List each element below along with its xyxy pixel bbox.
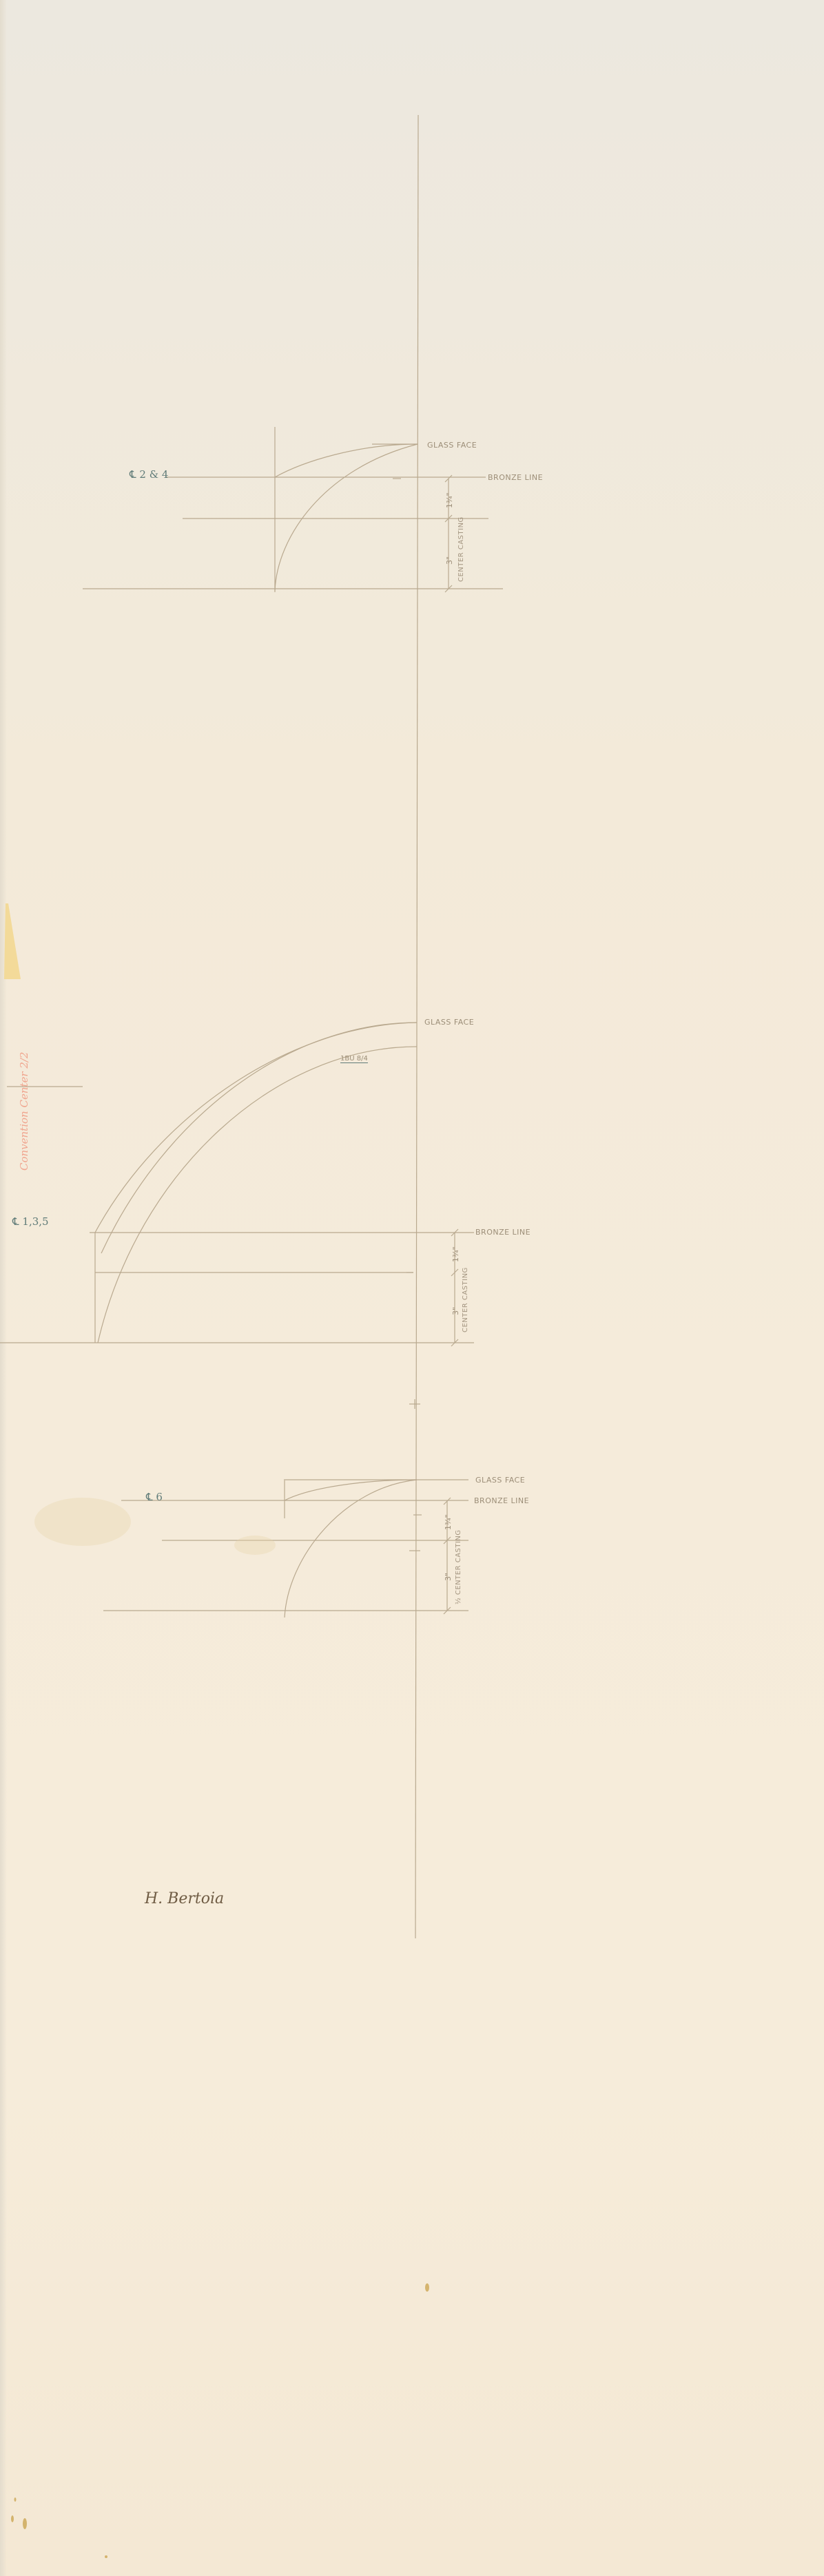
bronze-line-label: BRONZE LINE (488, 473, 543, 482)
glass-face-label: GLASS FACE (475, 1476, 525, 1485)
center-casting-label: CENTER CASTING (457, 516, 465, 582)
dimension-top: 1¾" (451, 1246, 460, 1262)
margin-note: Convention Center 2/2 (18, 1052, 30, 1171)
centerline-label: ℄ 2 & 4 (130, 468, 168, 481)
glass-face-label: GLASS FACE (427, 441, 477, 450)
bronze-line-label: BRONZE LINE (475, 1228, 531, 1237)
tape-strip (3, 903, 23, 983)
drawing-sheet: Convention Center 2/2 ℄ 2 & 4 GLASS FACE… (0, 0, 824, 2576)
stain-mark (425, 2283, 429, 2292)
pencil-drawing (0, 0, 824, 2576)
dimension-top: 1¾" (445, 492, 454, 508)
dimension-bottom: 3" (445, 556, 454, 565)
bronze-line-label: BRONZE LINE (474, 1496, 529, 1505)
glass-face-label: GLASS FACE (424, 1018, 474, 1027)
center-casting-label: CENTER CASTING (462, 1267, 469, 1332)
dimension-bottom: 3" (444, 1573, 453, 1581)
central-axis-line (415, 115, 418, 1938)
half-center-casting-label: ½ CENTER CASTING (455, 1529, 462, 1604)
dimension-top: 1¾" (444, 1514, 453, 1530)
dimension-bottom: 3" (451, 1307, 460, 1315)
artist-signature: H. Bertoia (145, 1890, 224, 1907)
centerline-label: ℄ 6 (146, 1491, 163, 1503)
arc-note: 1BU 8/4 (340, 1055, 368, 1063)
centerline-label: ℄ 1,3,5 (12, 1215, 49, 1228)
